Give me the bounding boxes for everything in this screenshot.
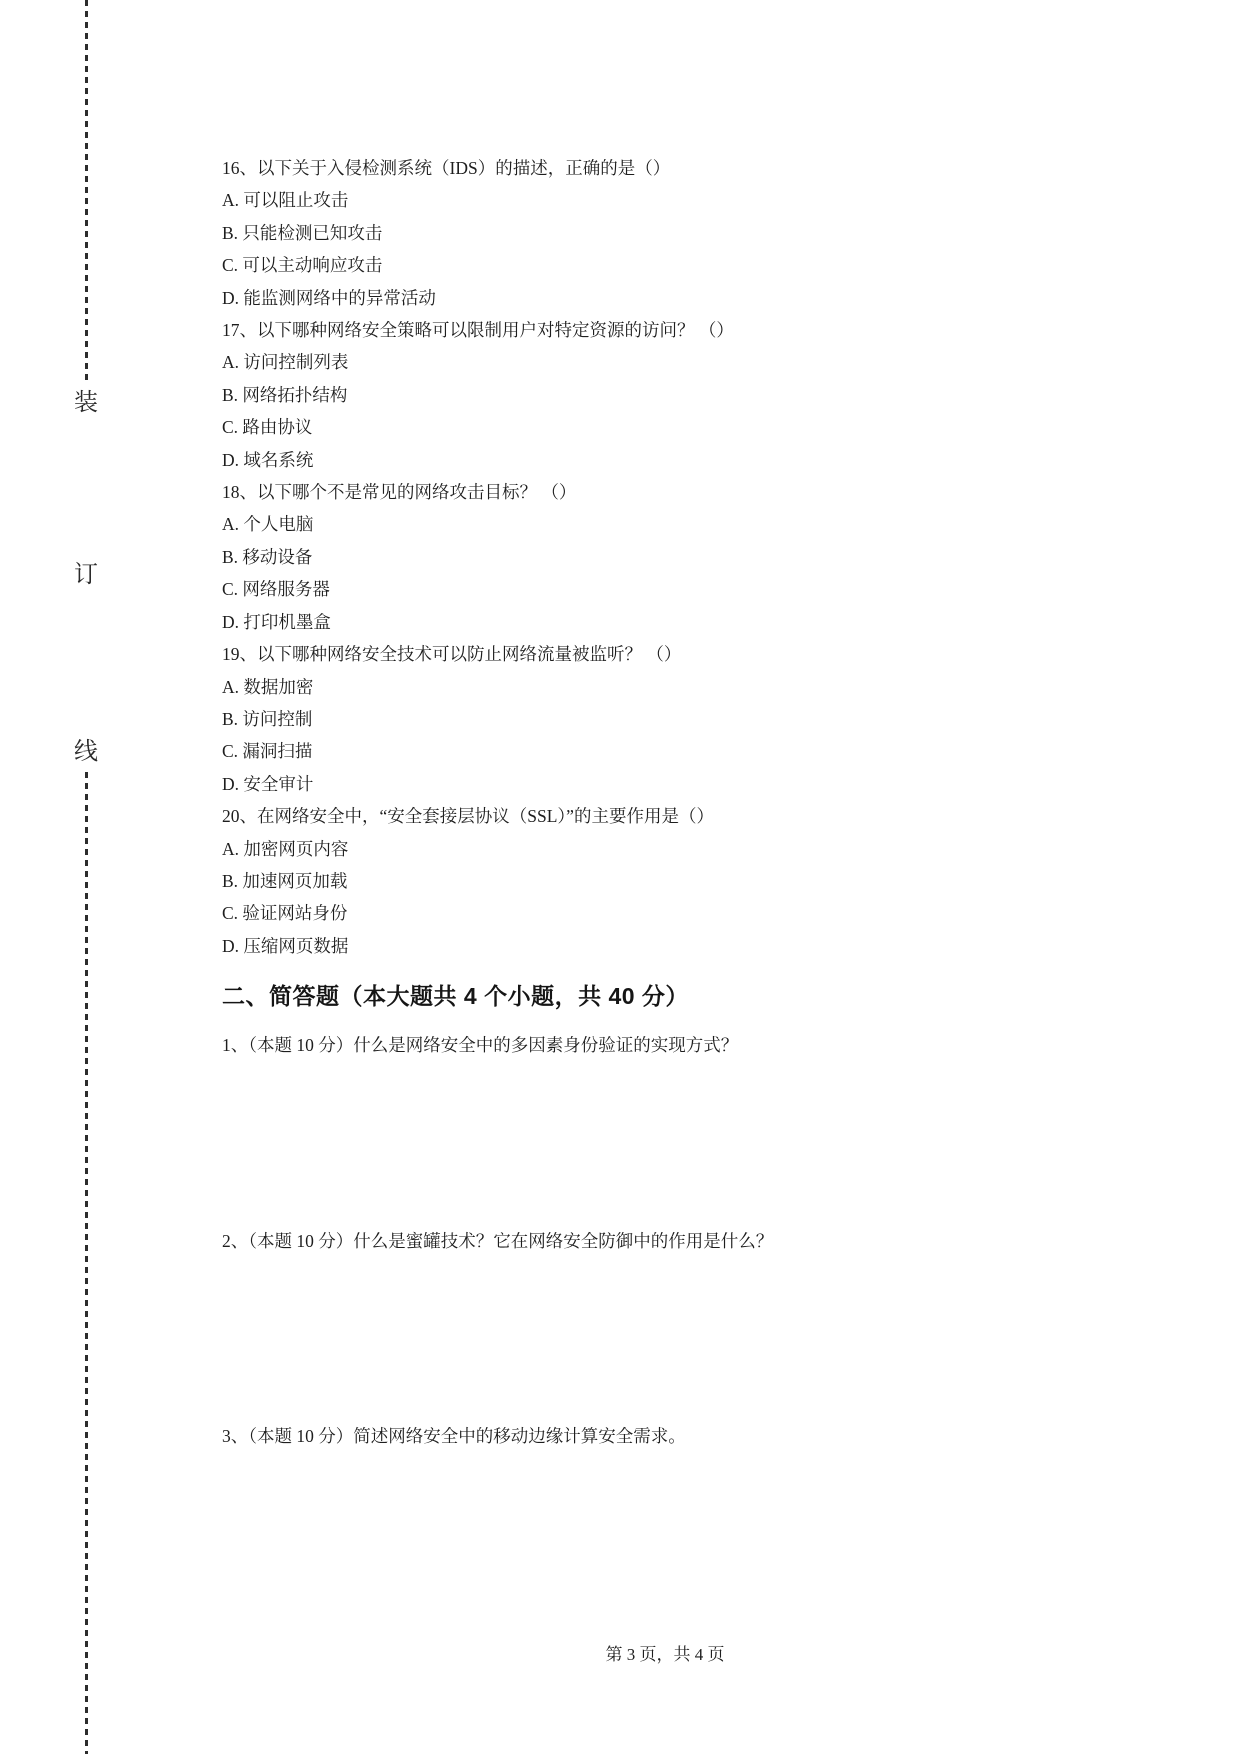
mcq-stem-16: 16、以下关于入侵检测系统（IDS）的描述，正确的是（）: [222, 152, 1162, 184]
mcq-option-19-d: D. 安全审计: [222, 768, 1162, 800]
mcq-option-17-d: D. 域名系统: [222, 444, 1162, 476]
exam-content: 16、以下关于入侵检测系统（IDS）的描述，正确的是（） A. 可以阻止攻击 B…: [222, 152, 1162, 1452]
exam-page: 装 订 线 16、以下关于入侵检测系统（IDS）的描述，正确的是（） A. 可以…: [0, 0, 1240, 1754]
mcq-stem-19: 19、以下哪种网络安全技术可以防止网络流量被监听？ （）: [222, 638, 1162, 670]
mcq-option-19-c: C. 漏洞扫描: [222, 735, 1162, 767]
mcq-option-18-d: D. 打印机墨盒: [222, 606, 1162, 638]
binding-dashed-line-bottom: [85, 772, 88, 1754]
mcq-option-17-b: B. 网络拓扑结构: [222, 379, 1162, 411]
mcq-option-20-c: C. 验证网站身份: [222, 897, 1162, 929]
mcq-option-16-d: D. 能监测网络中的异常活动: [222, 282, 1162, 314]
binding-dashed-line-top: [85, 0, 88, 384]
mcq-option-16-a: A. 可以阻止攻击: [222, 184, 1162, 216]
binding-label-xian: 线: [70, 737, 102, 767]
page-footer: 第 3 页，共 4 页: [90, 1645, 1240, 1665]
mcq-option-18-c: C. 网络服务器: [222, 573, 1162, 605]
mcq-option-19-a: A. 数据加密: [222, 671, 1162, 703]
short-answer-question-2: 2、（本题 10 分）什么是蜜罐技术？它在网络安全防御中的作用是什么？: [222, 1225, 1162, 1257]
binding-label-ding: 订: [70, 560, 102, 590]
mcq-option-17-c: C. 路由协议: [222, 411, 1162, 443]
short-answer-question-1: 1、（本题 10 分）什么是网络安全中的多因素身份验证的实现方式？: [222, 1029, 1162, 1061]
section-two-heading: 二、简答题（本大题共 4 个小题，共 40 分）: [222, 978, 1162, 1014]
short-answer-question-3: 3、（本题 10 分）简述网络安全中的移动边缘计算安全需求。: [222, 1420, 1162, 1452]
mcq-option-17-a: A. 访问控制列表: [222, 346, 1162, 378]
mcq-option-20-a: A. 加密网页内容: [222, 833, 1162, 865]
mcq-option-20-b: B. 加速网页加载: [222, 865, 1162, 897]
mcq-stem-18: 18、以下哪个不是常见的网络攻击目标？ （）: [222, 476, 1162, 508]
mcq-option-16-c: C. 可以主动响应攻击: [222, 249, 1162, 281]
mcq-option-18-b: B. 移动设备: [222, 541, 1162, 573]
mcq-option-19-b: B. 访问控制: [222, 703, 1162, 735]
mcq-stem-20: 20、在网络安全中，“安全套接层协议（SSL）”的主要作用是（）: [222, 800, 1162, 832]
mcq-stem-17: 17、以下哪种网络安全策略可以限制用户对特定资源的访问？ （）: [222, 314, 1162, 346]
binding-label-zhuang: 装: [70, 388, 102, 418]
mcq-option-16-b: B. 只能检测已知攻击: [222, 217, 1162, 249]
mcq-option-18-a: A. 个人电脑: [222, 508, 1162, 540]
mcq-option-20-d: D. 压缩网页数据: [222, 930, 1162, 962]
